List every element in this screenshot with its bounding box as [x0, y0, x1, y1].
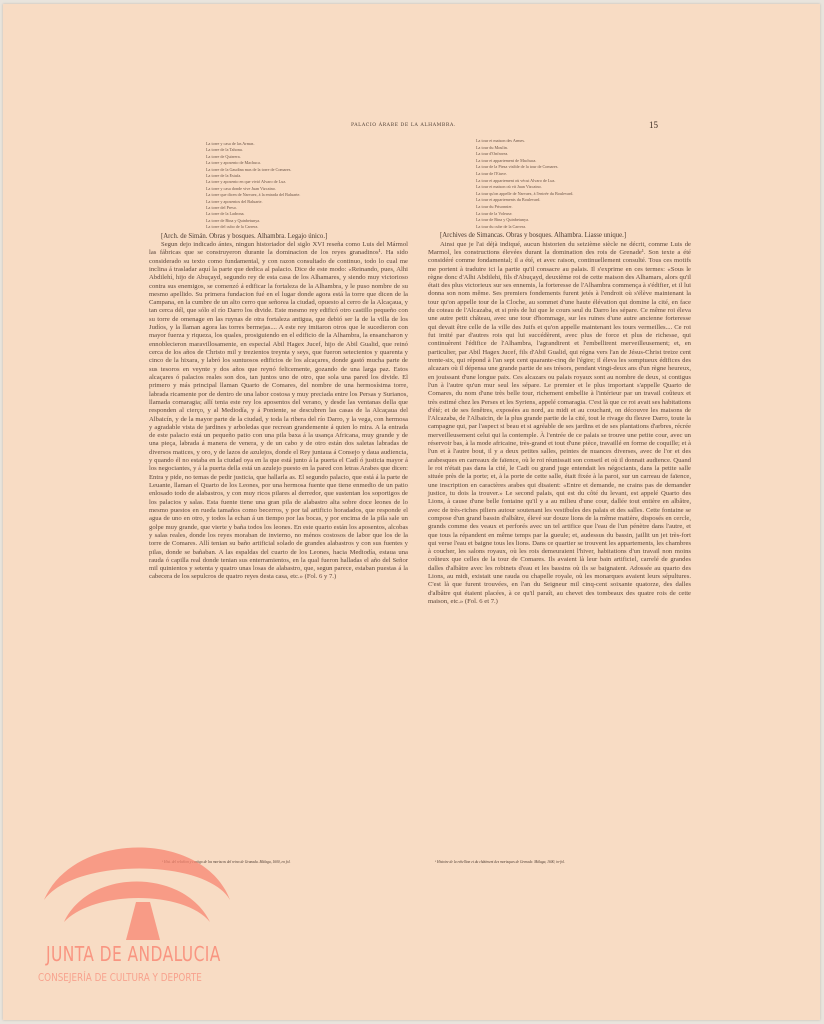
archive-source-french: [Archives de Simancas. Obras y bosques. …: [428, 232, 691, 240]
tower-list-spanish: La torre y casa de las Armas.La torre de…: [149, 141, 408, 231]
tower-list-item: La tour du Prisonnier.: [476, 204, 691, 211]
body-text-french: Ainsi que je l'ai déjà indiqué, aucun hi…: [428, 241, 691, 607]
tower-list-item: La tour du cube de la Carrera.: [476, 224, 691, 231]
tower-list-item: La tour et appartement de Machuca.: [476, 158, 691, 165]
archive-source-spanish: [Arch. de Simán. Obras y bosques. Alhamb…: [149, 233, 408, 241]
tower-list-item: La tour de la Pieza visible de la tour d…: [476, 164, 691, 171]
watermark-title: JUNTA DE ANDALUCIA: [46, 942, 221, 966]
tower-list-item: La tour et appartement où vécut Alvaro d…: [476, 178, 691, 185]
tower-list-item: La tour de l'Etuve.: [476, 171, 691, 178]
body-text-spanish: Segun dejo indicado ántes, ningun histor…: [149, 241, 408, 582]
tower-list-item: La tour qu'on appelle de Narvaez, à l'en…: [476, 191, 691, 198]
tower-list-item: La tour et maison où vit Juan Vizcaino.: [476, 184, 691, 191]
footnote-french: ¹ Histoire de la rebellion et du châtime…: [435, 860, 565, 864]
tower-list-item: La tour du Moulin.: [476, 145, 691, 152]
spanish-column: La torre y casa de las Armas.La torre de…: [149, 141, 408, 582]
page-number: 15: [649, 120, 658, 130]
tower-list-item: La tour et appartements du Boulevard.: [476, 197, 691, 204]
tower-list-item: La tour et maison des Armes.: [476, 138, 691, 145]
tower-list-item: La tour d'Onfrorea.: [476, 151, 691, 158]
tower-list-french: La tour et maison des Armes.La tour du M…: [428, 138, 691, 230]
tower-list-item: La tour de Bina y Quinbetunya.: [476, 217, 691, 224]
watermark-subtitle: CONSEJERÍA DE CULTURA Y DEPORTE: [38, 972, 202, 984]
running-head: PALACIO ÁRABE DE LA ALHAMBRA.: [351, 123, 456, 128]
french-column: La tour et maison des Armes.La tour du M…: [428, 138, 691, 606]
tower-list-item: La torre del cubo de la Carrera.: [206, 224, 408, 230]
tower-list-item: La tour de la Voleuse.: [476, 211, 691, 218]
